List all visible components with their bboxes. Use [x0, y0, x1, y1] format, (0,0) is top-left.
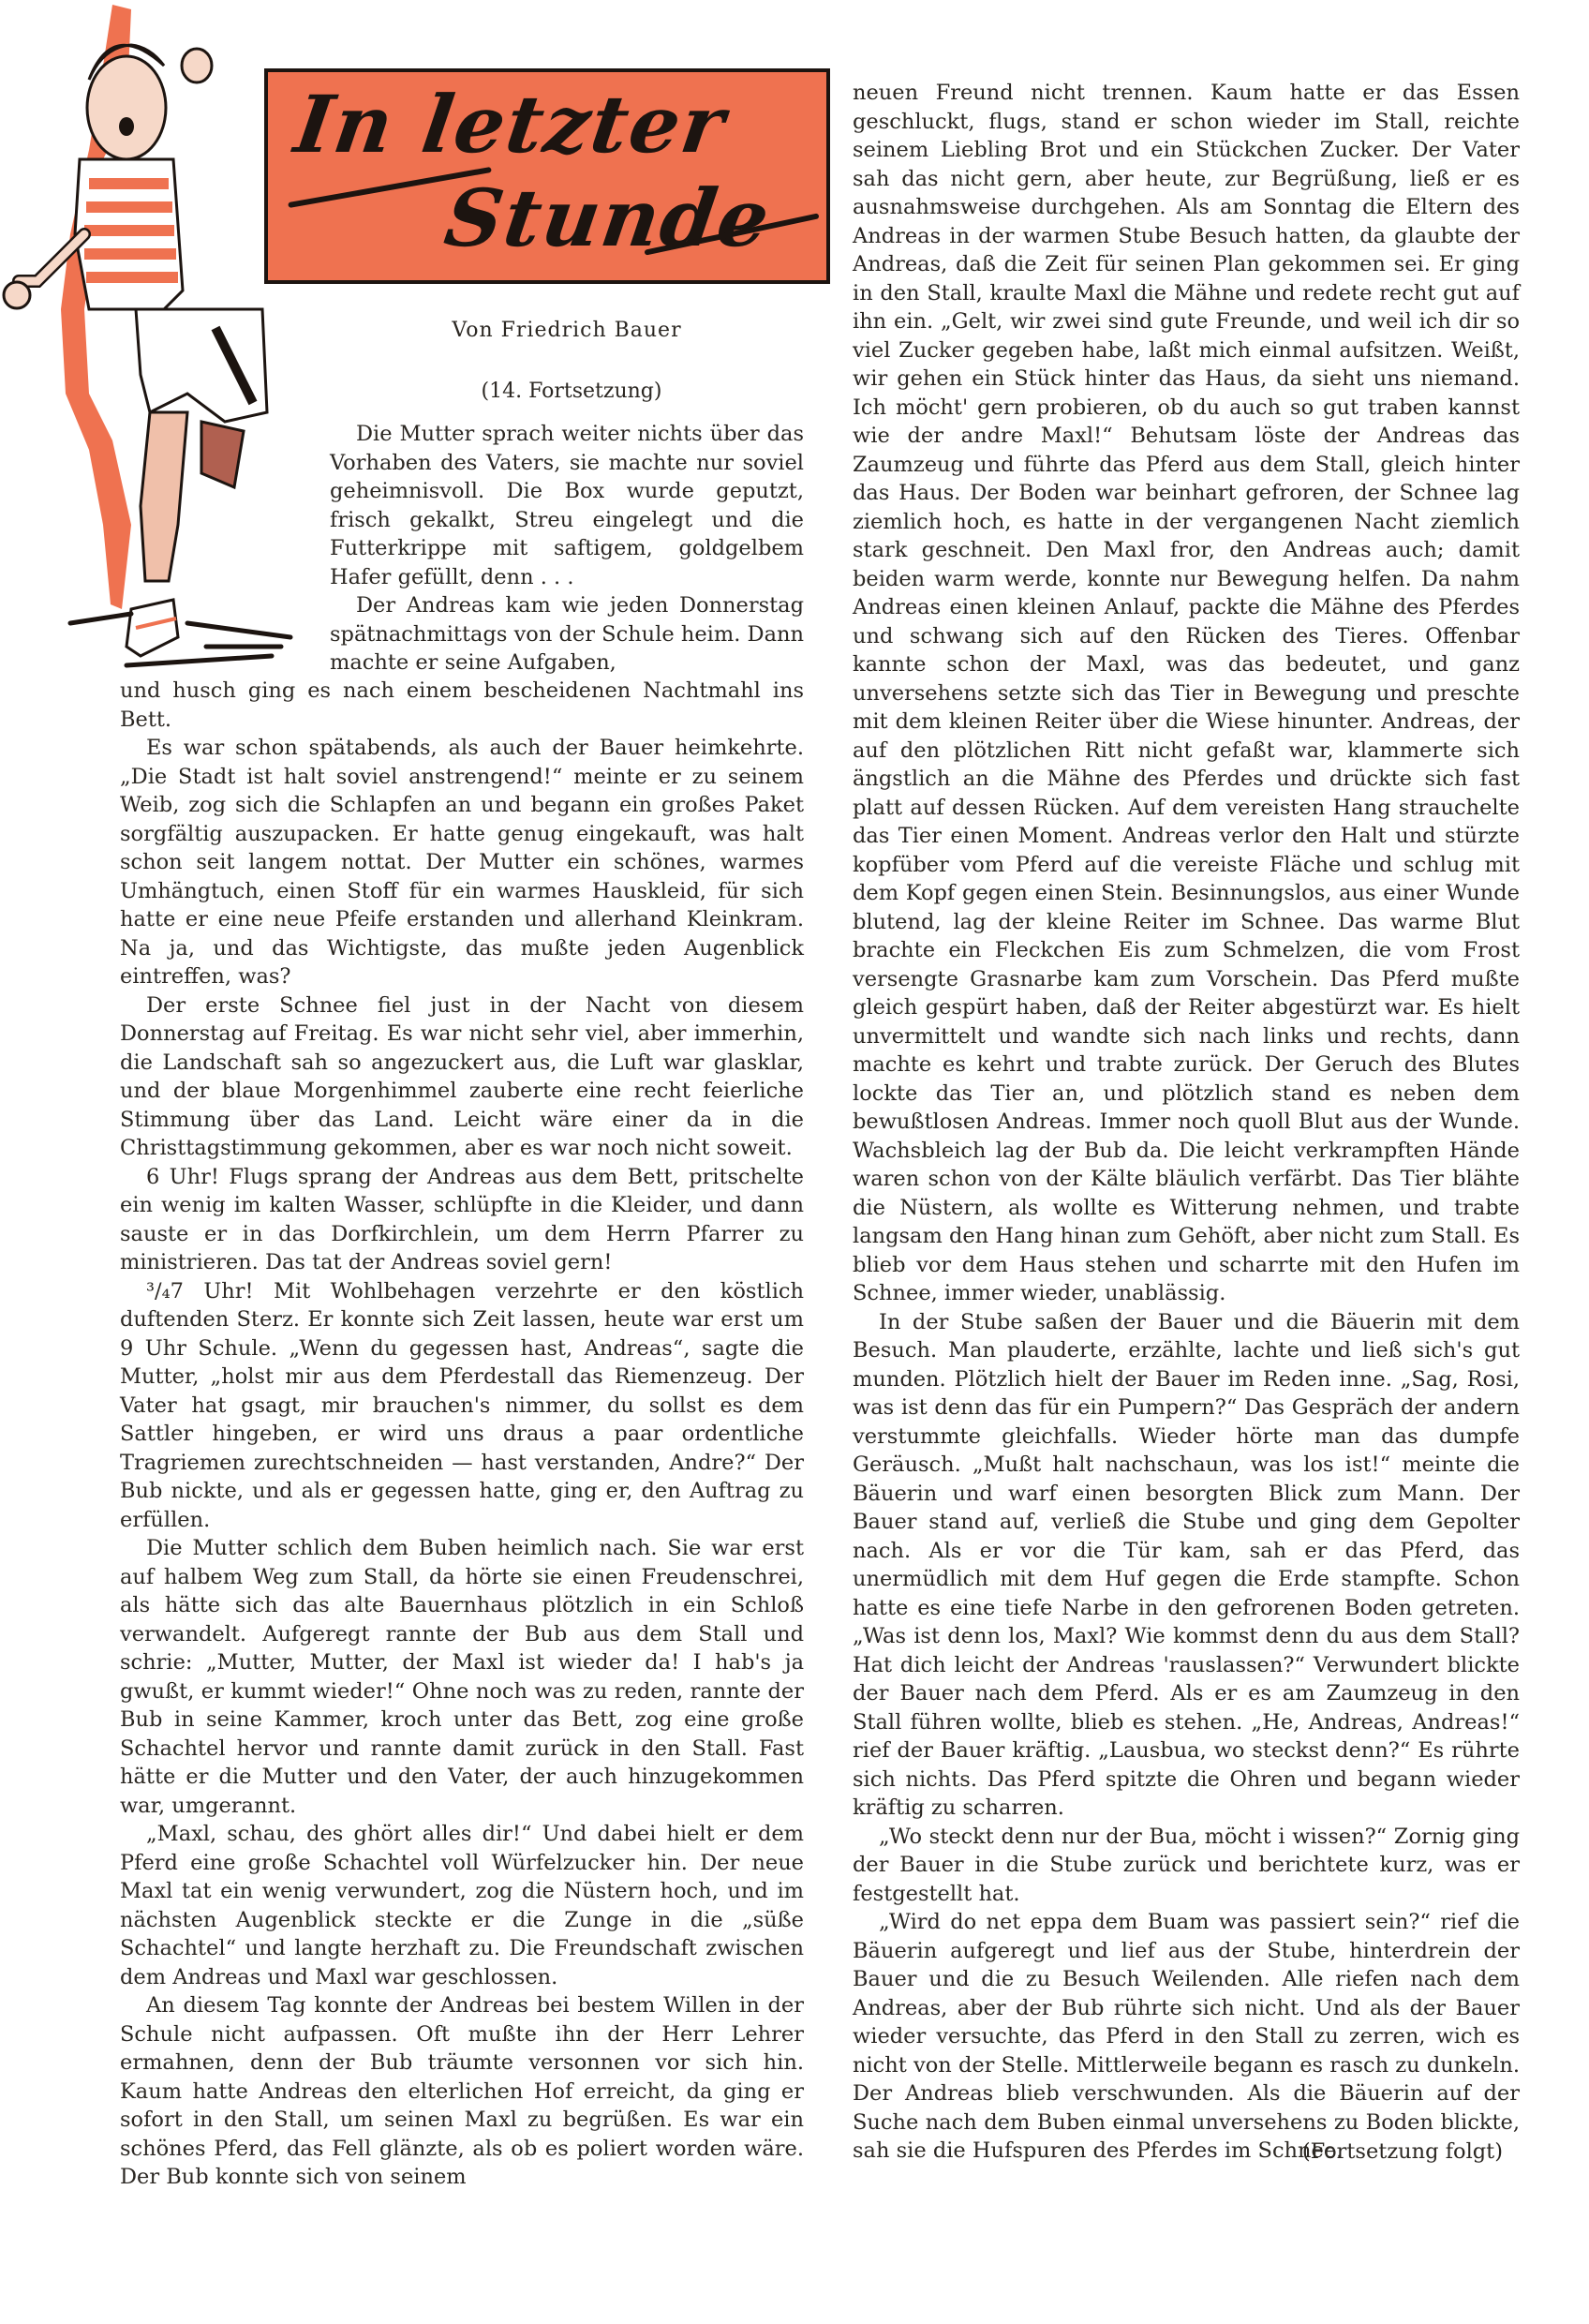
- paragraph: „Wird do net eppa dem Buam was passiert …: [853, 1908, 1520, 2166]
- story-title: In letzter Stunde: [287, 78, 821, 265]
- paragraph: Es war schon spätabends, als auch der Ba…: [120, 734, 804, 991]
- paragraph: ³/₄7 Uhr! Mit Wohlbehagen verzehrte er d…: [120, 1277, 804, 1535]
- paragraph: „Wo steckt denn nur der Bua, möcht i wis…: [853, 1823, 1520, 1909]
- left-column: und husch ging es nach einem bescheidene…: [120, 677, 804, 2192]
- paragraph: Der erste Schnee fiel just in der Nacht …: [120, 991, 804, 1163]
- title-line-2: Stunde: [280, 171, 827, 265]
- paragraph: neuen Freund nicht trennen. Kaum hatte e…: [853, 79, 1520, 1308]
- paragraph: In der Stube saßen der Bauer und die Bäu…: [853, 1308, 1520, 1823]
- paragraph: Die Mutter schlich dem Buben heimlich na…: [120, 1534, 804, 1820]
- magazine-page: In letzter Stunde Von Friedrich Bauer (1…: [0, 0, 1589, 2324]
- paragraph: „Maxl, schau, des ghört alles dir!“ Und …: [120, 1820, 804, 1991]
- paragraph: Die Mutter sprach weiter nichts über das…: [330, 420, 804, 591]
- right-column: neuen Freund nicht trennen. Kaum hatte e…: [853, 79, 1520, 2166]
- left-column-top: Die Mutter sprach weiter nichts über das…: [330, 420, 804, 678]
- installment-label: (14. Fortsetzung): [459, 380, 684, 403]
- title-line-1: In letzter: [280, 78, 827, 171]
- title-banner: In letzter Stunde: [264, 68, 830, 284]
- author-byline: Von Friedrich Bauer: [412, 319, 721, 342]
- paragraph: und husch ging es nach einem bescheidene…: [120, 677, 804, 734]
- paragraph: An diesem Tag konnte der Andreas bei bes…: [120, 1991, 804, 2192]
- paragraph: Der Andreas kam wie jeden Donnerstag spä…: [330, 591, 804, 678]
- paragraph: 6 Uhr! Flugs sprang der Andreas aus dem …: [120, 1163, 804, 1277]
